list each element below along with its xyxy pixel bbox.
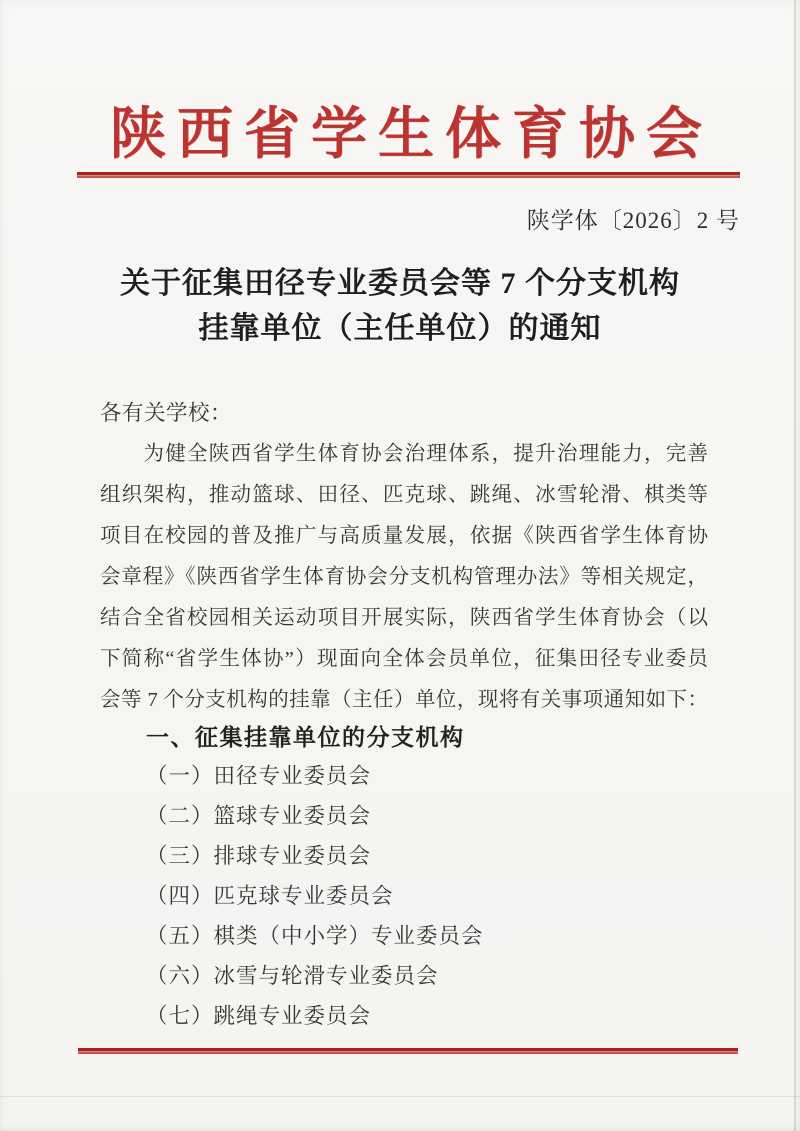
footer-red-rule <box>78 1048 738 1054</box>
list-item: （七）跳绳专业委员会 <box>146 996 706 1036</box>
paragraph-line: 为健全陕西省学生体育协会治理体系，提升治理能力，完善 <box>100 434 708 475</box>
notice-title: 关于征集田径专业委员会等 7 个分支机构 挂靠单位（主任单位）的通知 <box>0 261 800 351</box>
scanned-notice-page: 陕西省学生体育协会 陕学体〔2026〕2 号 关于征集田径专业委员会等 7 个分… <box>0 0 800 1131</box>
list-item: （一）田径专业委员会 <box>146 756 706 796</box>
list-item: （四）匹克球专业委员会 <box>146 876 706 916</box>
letterhead-red-rule <box>77 172 740 178</box>
scan-page-edge-right <box>794 0 796 1131</box>
paragraph-line: 下简称“省学生体协”）现面向全体会员单位，征集田径专业委员 <box>100 639 708 680</box>
list-item: （五）棋类（中小学）专业委员会 <box>146 916 706 956</box>
notice-title-line-2: 挂靠单位（主任单位）的通知 <box>0 306 800 351</box>
list-item: （二）篮球专业委员会 <box>146 796 706 836</box>
list-item: （三）排球专业委员会 <box>146 836 706 876</box>
letterhead-org-name: 陕西省学生体育协会 <box>110 90 730 170</box>
notice-title-line-1: 关于征集田径专业委员会等 7 个分支机构 <box>0 261 800 306</box>
branch-org-list: （一）田径专业委员会 （二）篮球专业委员会 （三）排球专业委员会 （四）匹克球专… <box>146 756 706 1036</box>
salutation: 各有关学校： <box>100 393 708 434</box>
paragraph-line: 会等 7 个分支机构的挂靠（主任）单位，现将有关事项通知如下： <box>100 680 708 721</box>
paragraph-line: 项目在校园的普及推广与高质量发展，依据《陕西省学生体育协 <box>100 516 708 557</box>
paragraph-line: 结合全省校园相关运动项目开展实际，陕西省学生体育协会（以 <box>100 598 708 639</box>
notice-body: 各有关学校： 为健全陕西省学生体育协会治理体系，提升治理能力，完善 组织架构，推… <box>100 393 708 721</box>
section-heading: 一、征集挂靠单位的分支机构 <box>146 719 465 752</box>
scan-page-edge-bottom <box>0 1096 800 1097</box>
document-number: 陕学体〔2026〕2 号 <box>527 202 740 235</box>
list-item: （六）冰雪与轮滑专业委员会 <box>146 956 706 996</box>
paragraph-line: 组织架构，推动篮球、田径、匹克球、跳绳、冰雪轮滑、棋类等 <box>100 475 708 516</box>
paragraph-line: 会章程》《陕西省学生体育协会分支机构管理办法》等相关规定， <box>100 557 708 598</box>
